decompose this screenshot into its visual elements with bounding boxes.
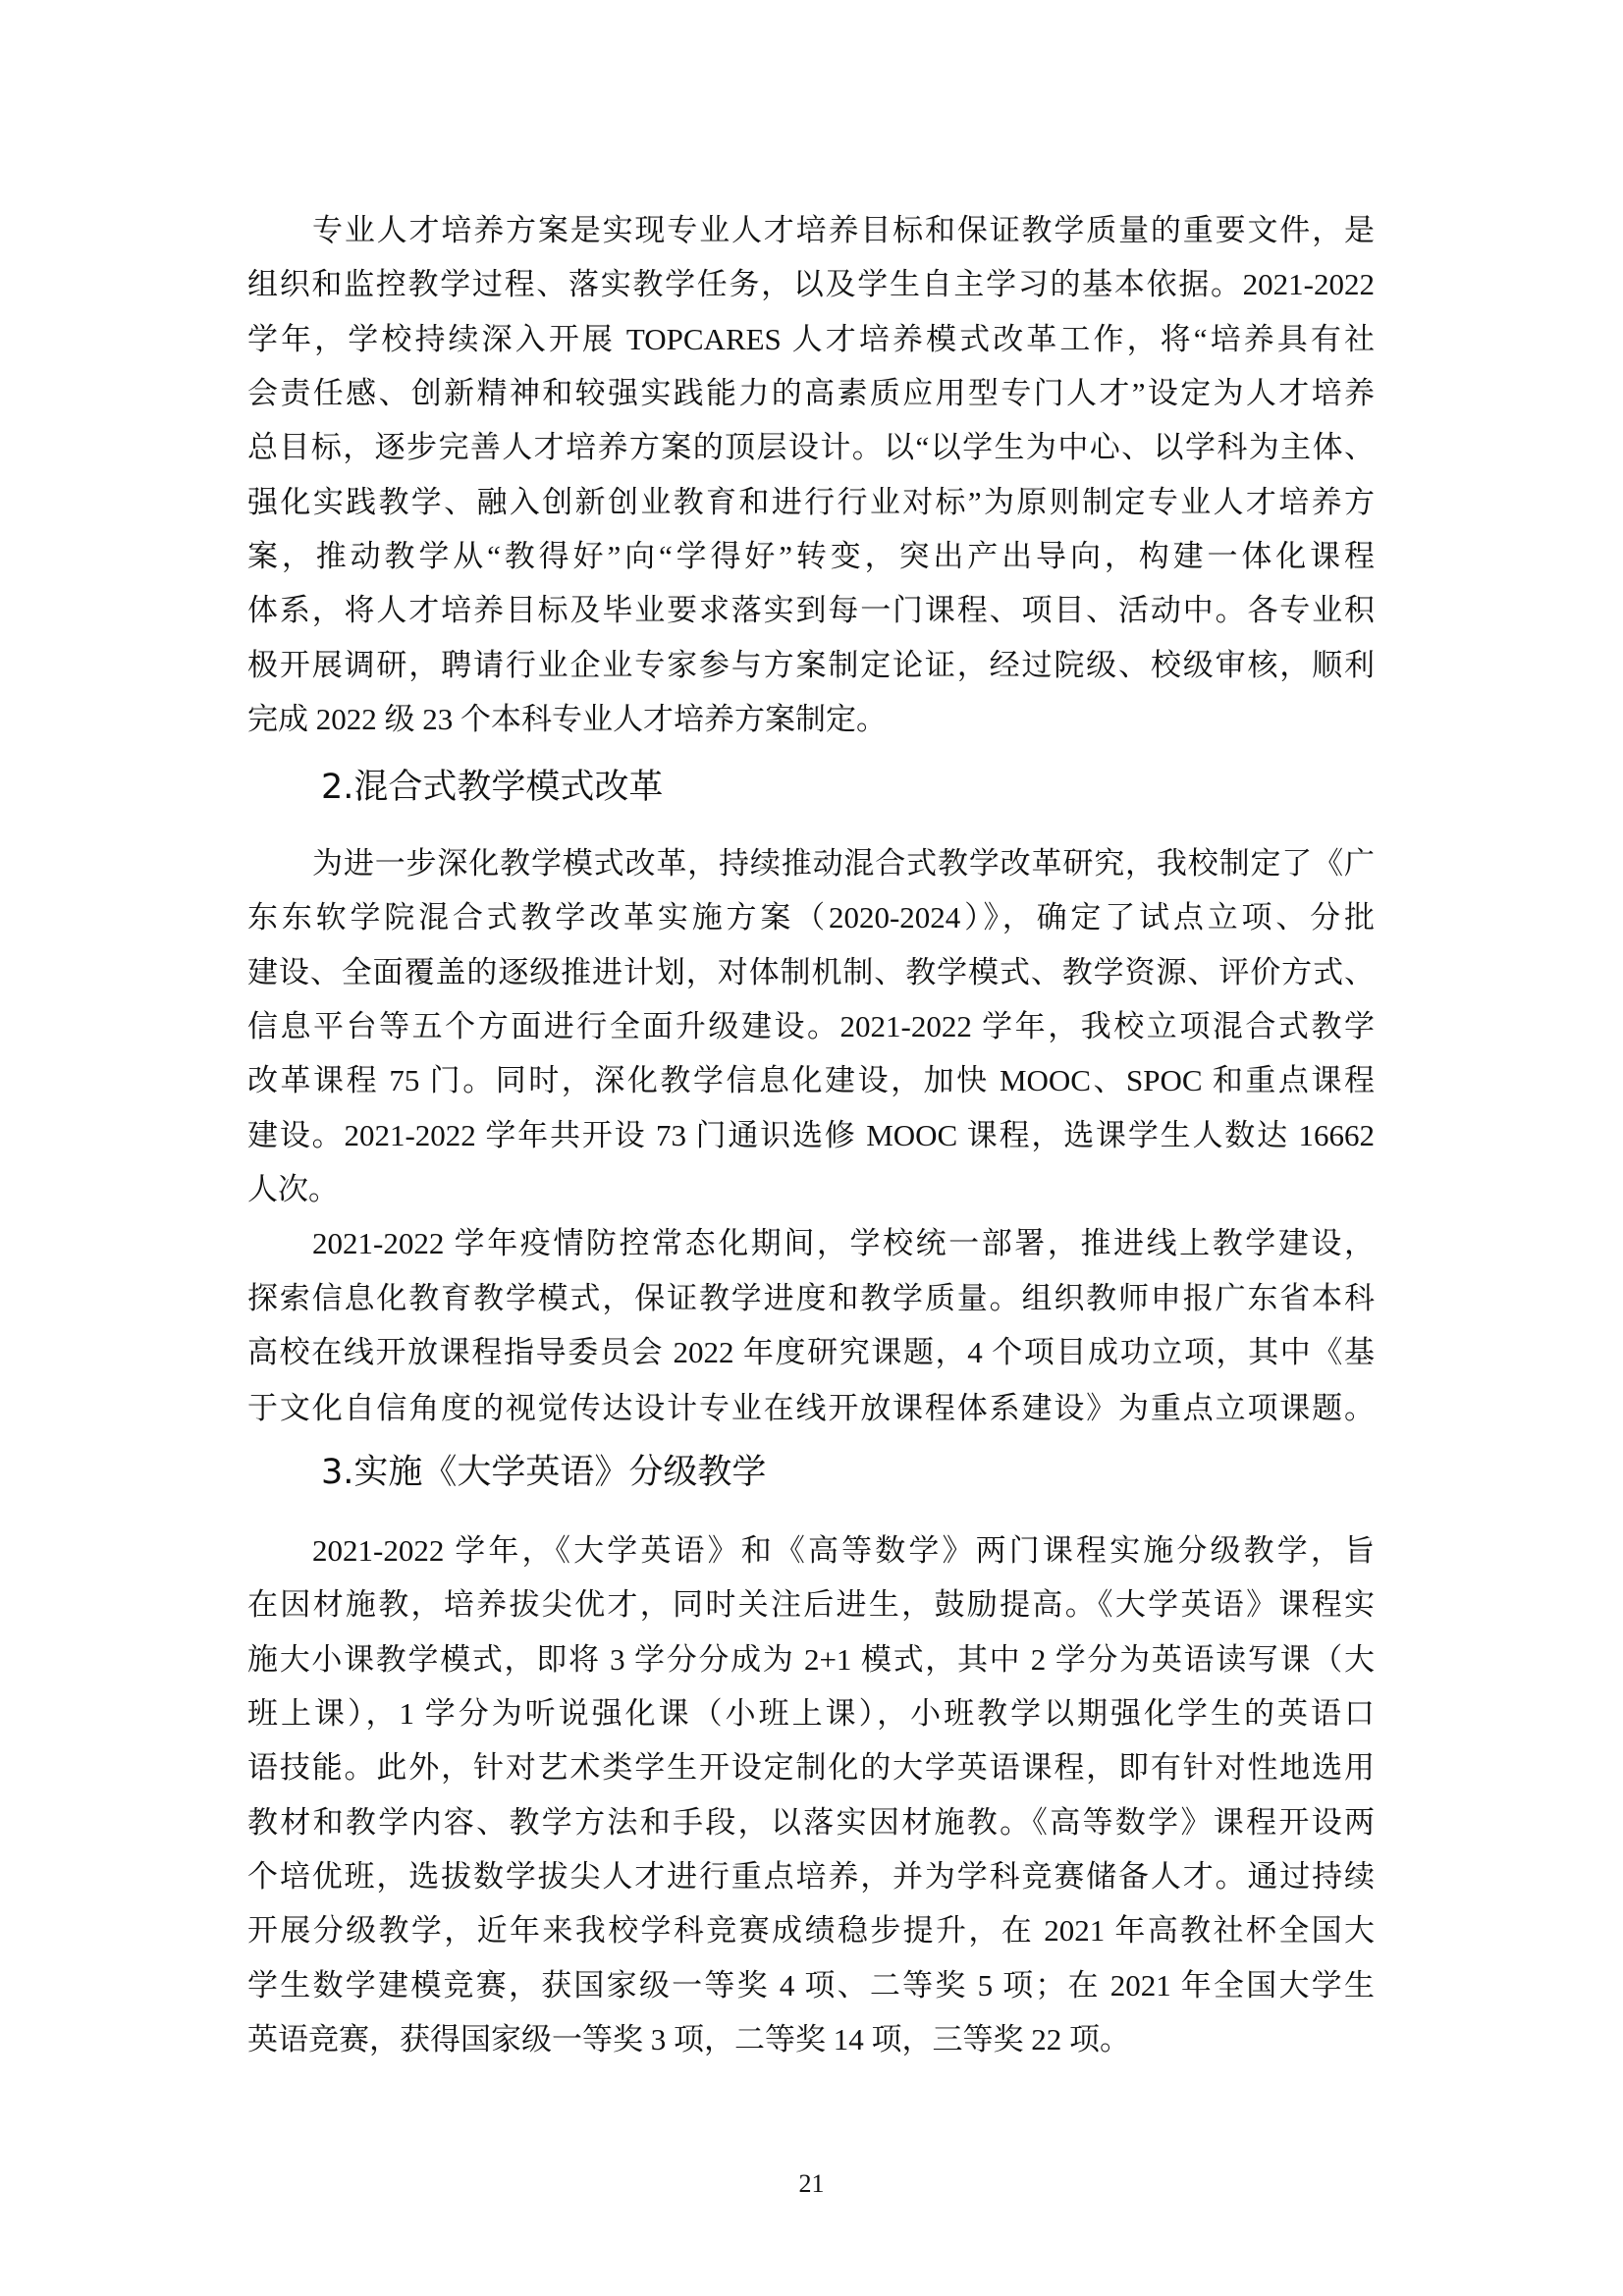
paragraph-line: 探索信息化教育教学模式，保证教学进度和教学质量。组织教师申报广东省本科 — [247, 1279, 1375, 1318]
paragraph-line: 总目标，逐步完善人才培养方案的顶层设计。以“以学生为中心、以学科为主体、 — [247, 428, 1375, 467]
paragraph-line: 专业人才培养方案是实现专业人才培养目标和保证教学质量的重要文件，是 — [312, 211, 1375, 250]
paragraph-line: 为进一步深化教学模式改革，持续推动混合式教学改革研究，我校制定了《广 — [312, 844, 1375, 883]
section-heading: 3.实施《大学英语》分级教学 — [321, 1450, 766, 1495]
section-heading: 2.混合式教学模式改革 — [321, 765, 663, 810]
paragraph-line: 个培优班，选拔数学拔尖人才进行重点培养，并为学科竞赛储备人才。通过持续 — [247, 1857, 1375, 1896]
paragraph-line: 开展分级教学，近年来我校学科竞赛成绩稳步提升，在 2021 年高教社杯全国大 — [247, 1911, 1375, 1950]
paragraph-line: 强化实践教学、融入创新创业教育和进行行业对标”为原则制定专业人才培养方 — [247, 483, 1375, 522]
paragraph-line: 施大小课教学模式，即将 3 学分分成为 2+1 模式，其中 2 学分为英语读写课… — [247, 1640, 1375, 1680]
paragraph-line: 学年，学校持续深入开展 TOPCARES 人才培养模式改革工作，将“培养具有社 — [247, 320, 1375, 359]
paragraph-line: 信息平台等五个方面进行全面升级建设。2021-2022 学年，我校立项混合式教学 — [247, 1007, 1375, 1046]
document-page: 专业人才培养方案是实现专业人才培养目标和保证教学质量的重要文件，是 组织和监控教… — [0, 0, 1623, 2296]
paragraph-line: 人次。 — [247, 1170, 1375, 1209]
paragraph-line: 语技能。此外，针对艺术类学生开设定制化的大学英语课程，即有针对性地选用 — [247, 1748, 1375, 1788]
paragraph-line: 组织和监控教学过程、落实教学任务，以及学生自主学习的基本依据。2021-2022 — [247, 265, 1375, 304]
paragraph-line: 学生数学建模竞赛，获国家级一等奖 4 项、二等奖 5 项；在 2021 年全国大… — [247, 1966, 1375, 2005]
paragraph-line: 东东软学院混合式教学改革实施方案（2020-2024）》，确定了试点立项、分批 — [247, 898, 1375, 937]
paragraph-line: 在因材施教，培养拔尖优才，同时关注后进生，鼓励提高。《大学英语》课程实 — [247, 1585, 1375, 1625]
paragraph-line: 英语竞赛，获得国家级一等奖 3 项，二等奖 14 项，三等奖 22 项。 — [247, 2020, 1375, 2059]
paragraph-line: 建设、全面覆盖的逐级推进计划，对体制机制、教学模式、教学资源、评价方式、 — [247, 953, 1375, 992]
paragraph-line: 班上课），1 学分为听说强化课（小班上课），小班教学以期强化学生的英语口 — [247, 1694, 1375, 1734]
page-number: 21 — [0, 2167, 1623, 2201]
paragraph-line: 2021-2022 学年，《大学英语》和《高等数学》两门课程实施分级教学，旨 — [312, 1531, 1375, 1571]
paragraph-line: 建设。2021-2022 学年共开设 73 门通识选修 MOOC 课程，选课学生… — [247, 1116, 1375, 1155]
paragraph-line: 会责任感、创新精神和较强实践能力的高素质应用型专门人才”设定为人才培养 — [247, 374, 1375, 413]
paragraph-line: 教材和教学内容、教学方法和手段，以落实因材施教。《高等数学》课程开设两 — [247, 1803, 1375, 1842]
paragraph-line: 改革课程 75 门。同时，深化教学信息化建设，加快 MOOC、SPOC 和重点课… — [247, 1061, 1375, 1100]
paragraph-line: 高校在线开放课程指导委员会 2022 年度研究课题，4 个项目成功立项，其中《基 — [247, 1333, 1375, 1372]
paragraph-line: 于文化自信角度的视觉传达设计专业在线开放课程体系建设》为重点立项课题。 — [247, 1389, 1375, 1428]
paragraph-line: 案，推动教学从“教得好”向“学得好”转变，突出产出导向，构建一体化课程 — [247, 537, 1375, 576]
paragraph-line: 极开展调研，聘请行业企业专家参与方案制定论证，经过院级、校级审核，顺利 — [247, 646, 1375, 685]
paragraph-line: 2021-2022 学年疫情防控常态化期间，学校统一部署，推进线上教学建设， — [312, 1224, 1375, 1263]
paragraph-line: 体系，将人才培养目标及毕业要求落实到每一门课程、项目、活动中。各专业积 — [247, 591, 1375, 630]
paragraph-line: 完成 2022 级 23 个本科专业人才培养方案制定。 — [247, 700, 1375, 739]
